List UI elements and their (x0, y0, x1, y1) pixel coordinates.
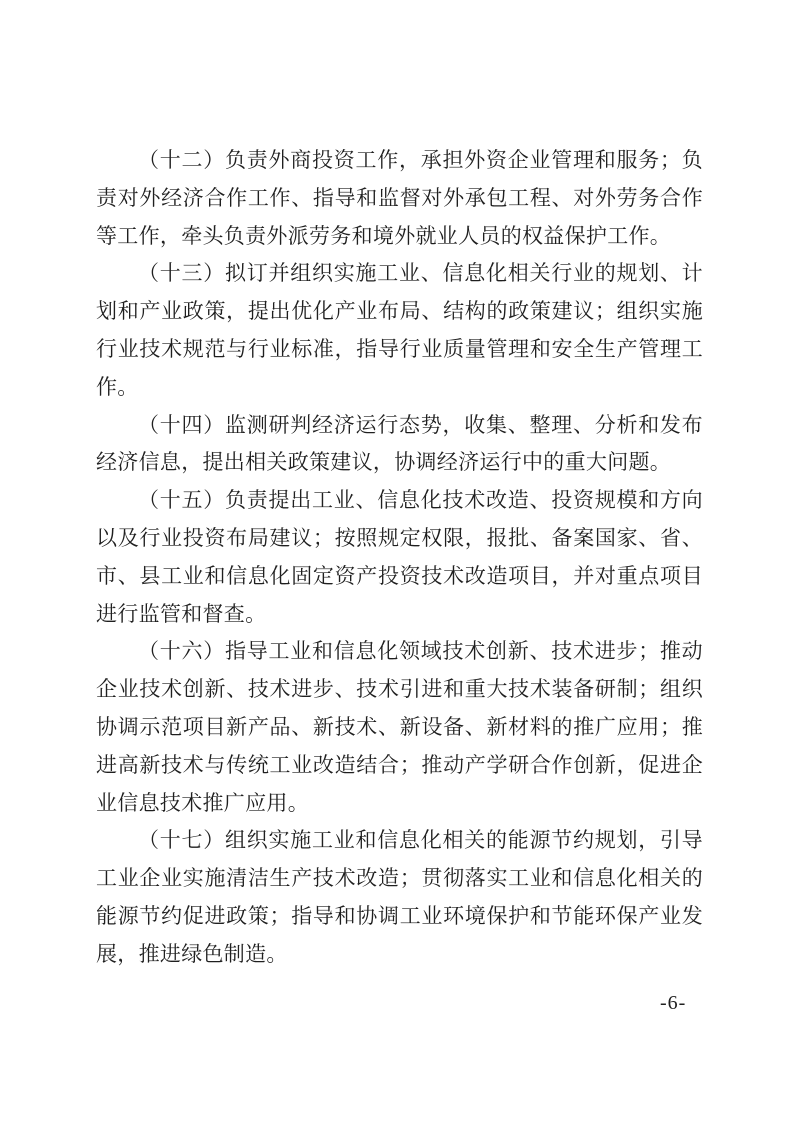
text-line: 经济信息，提出相关政策建议，协调经济运行中的重大问题。 (96, 444, 703, 482)
paragraph-item-13: （十三）拟订并组织实施工业、信息化相关行业的规划、计划和产业政策，提出优化产业布… (96, 255, 703, 406)
text-line: 等工作，牵头负责外派劳务和境外就业人员的权益保护工作。 (96, 218, 703, 256)
paragraph-item-12: （十二）负责外商投资工作，承担外资企业管理和服务；负责对外经济合作工作、指导和监… (96, 142, 703, 255)
text-line: 以及行业投资布局建议；按照规定权限，报批、备案国家、省、 (96, 520, 703, 558)
text-line: 责对外经济合作工作、指导和监督对外承包工程、对外劳务合作 (96, 180, 703, 218)
paragraph-item-14: （十四）监测研判经济运行态势，收集、整理、分析和发布经济信息，提出相关政策建议，… (96, 407, 703, 483)
text-line: （十七）组织实施工业和信息化相关的能源节约规划，引导 (96, 822, 703, 860)
page-number: -6- (660, 992, 686, 1015)
paragraph-item-15: （十五）负责提出工业、信息化技术改造、投资规模和方向以及行业投资布局建议；按照规… (96, 482, 703, 633)
text-line: 企业技术创新、技术进步、技术引进和重大技术装备研制；组织 (96, 671, 703, 709)
text-line: 市、县工业和信息化固定资产投资技术改造项目，并对重点项目 (96, 558, 703, 596)
text-line: （十二）负责外商投资工作，承担外资企业管理和服务；负 (96, 142, 703, 180)
text-line: 展，推进绿色制造。 (96, 936, 703, 974)
text-line: 行业技术规范与行业标准，指导行业质量管理和安全生产管理工 (96, 331, 703, 369)
text-line: 协调示范项目新产品、新技术、新设备、新材料的推广应用；推 (96, 709, 703, 747)
text-line: 工业企业实施清洁生产技术改造；贯彻落实工业和信息化相关的 (96, 860, 703, 898)
paragraph-item-17: （十七）组织实施工业和信息化相关的能源节约规划，引导工业企业实施清洁生产技术改造… (96, 822, 703, 973)
text-line: （十三）拟订并组织实施工业、信息化相关行业的规划、计 (96, 255, 703, 293)
text-line: （十六）指导工业和信息化领域技术创新、技术进步；推动 (96, 633, 703, 671)
document-content: （十二）负责外商投资工作，承担外资企业管理和服务；负责对外经济合作工作、指导和监… (96, 142, 703, 974)
text-line: （十四）监测研判经济运行态势，收集、整理、分析和发布 (96, 407, 703, 445)
text-line: 能源节约促进政策；指导和协调工业环境保护和节能环保产业发 (96, 898, 703, 936)
text-line: 业信息技术推广应用。 (96, 785, 703, 823)
text-line: 进高新技术与传统工业改造结合；推动产学研合作创新，促进企 (96, 747, 703, 785)
text-line: 划和产业政策，提出优化产业布局、结构的政策建议；组织实施 (96, 293, 703, 331)
text-line: 作。 (96, 369, 703, 407)
text-line: （十五）负责提出工业、信息化技术改造、投资规模和方向 (96, 482, 703, 520)
text-line: 进行监管和督查。 (96, 596, 703, 634)
paragraph-item-16: （十六）指导工业和信息化领域技术创新、技术进步；推动企业技术创新、技术进步、技术… (96, 633, 703, 822)
document-page: （十二）负责外商投资工作，承担外资企业管理和服务；负责对外经济合作工作、指导和监… (0, 0, 793, 1122)
